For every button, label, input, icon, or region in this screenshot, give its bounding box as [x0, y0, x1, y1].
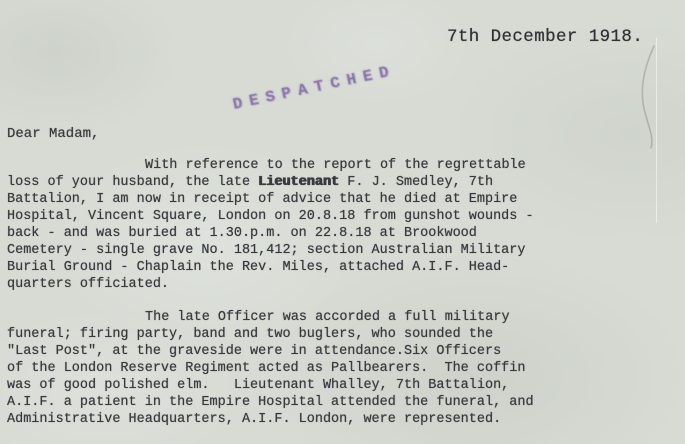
letter-page: 7th December 1918. DESPATCHED Dear Madam… — [0, 0, 685, 444]
letter-line: "Last Post", at the graveside were in at… — [7, 343, 679, 360]
line-segment: F. J. Smedley, 7th — [339, 175, 493, 190]
letter-line: of the London Reserve Regiment acted as … — [7, 360, 679, 377]
letter-line: A.I.F. a patient in the Empire Hospital … — [7, 394, 679, 411]
letter-line: back - and was buried at 1.30.p.m. on 22… — [7, 225, 679, 242]
letter-line: With reference to the report of the regr… — [7, 157, 679, 174]
overstruck-word: Lieutenant — [258, 175, 339, 190]
letter-line: Administrative Headquarters, A.I.F. Lond… — [7, 411, 679, 428]
paragraph-2: The late Officer was accorded a full mil… — [7, 309, 679, 428]
letter-line: loss of your husband, the late Lieutenan… — [7, 174, 679, 191]
letter-line: Hospital, Vincent Square, London on 20.8… — [7, 208, 679, 225]
letter-line: was of good polished elm. Lieutenant Wha… — [7, 377, 679, 394]
line-segment: loss of your husband, the late — [7, 175, 258, 190]
letter-line: Burial Ground - Chaplain the Rev. Miles,… — [7, 259, 679, 276]
pencil-mark — [620, 42, 680, 152]
salutation: Dear Madam, — [7, 126, 99, 142]
letter-line: The late Officer was accorded a full mil… — [7, 309, 679, 326]
date-line: 7th December 1918. — [447, 27, 643, 47]
letter-line: funeral; firing party, band and two bugl… — [7, 326, 679, 343]
paragraph-1: With reference to the report of the regr… — [7, 157, 679, 293]
letter-line: Battalion, I am now in receipt of advice… — [7, 191, 679, 208]
despatched-stamp: DESPATCHED — [231, 62, 397, 114]
letter-line: quarters officiated. — [7, 276, 679, 293]
letter-line: Cemetery - single grave No. 181,412; sec… — [7, 242, 679, 259]
